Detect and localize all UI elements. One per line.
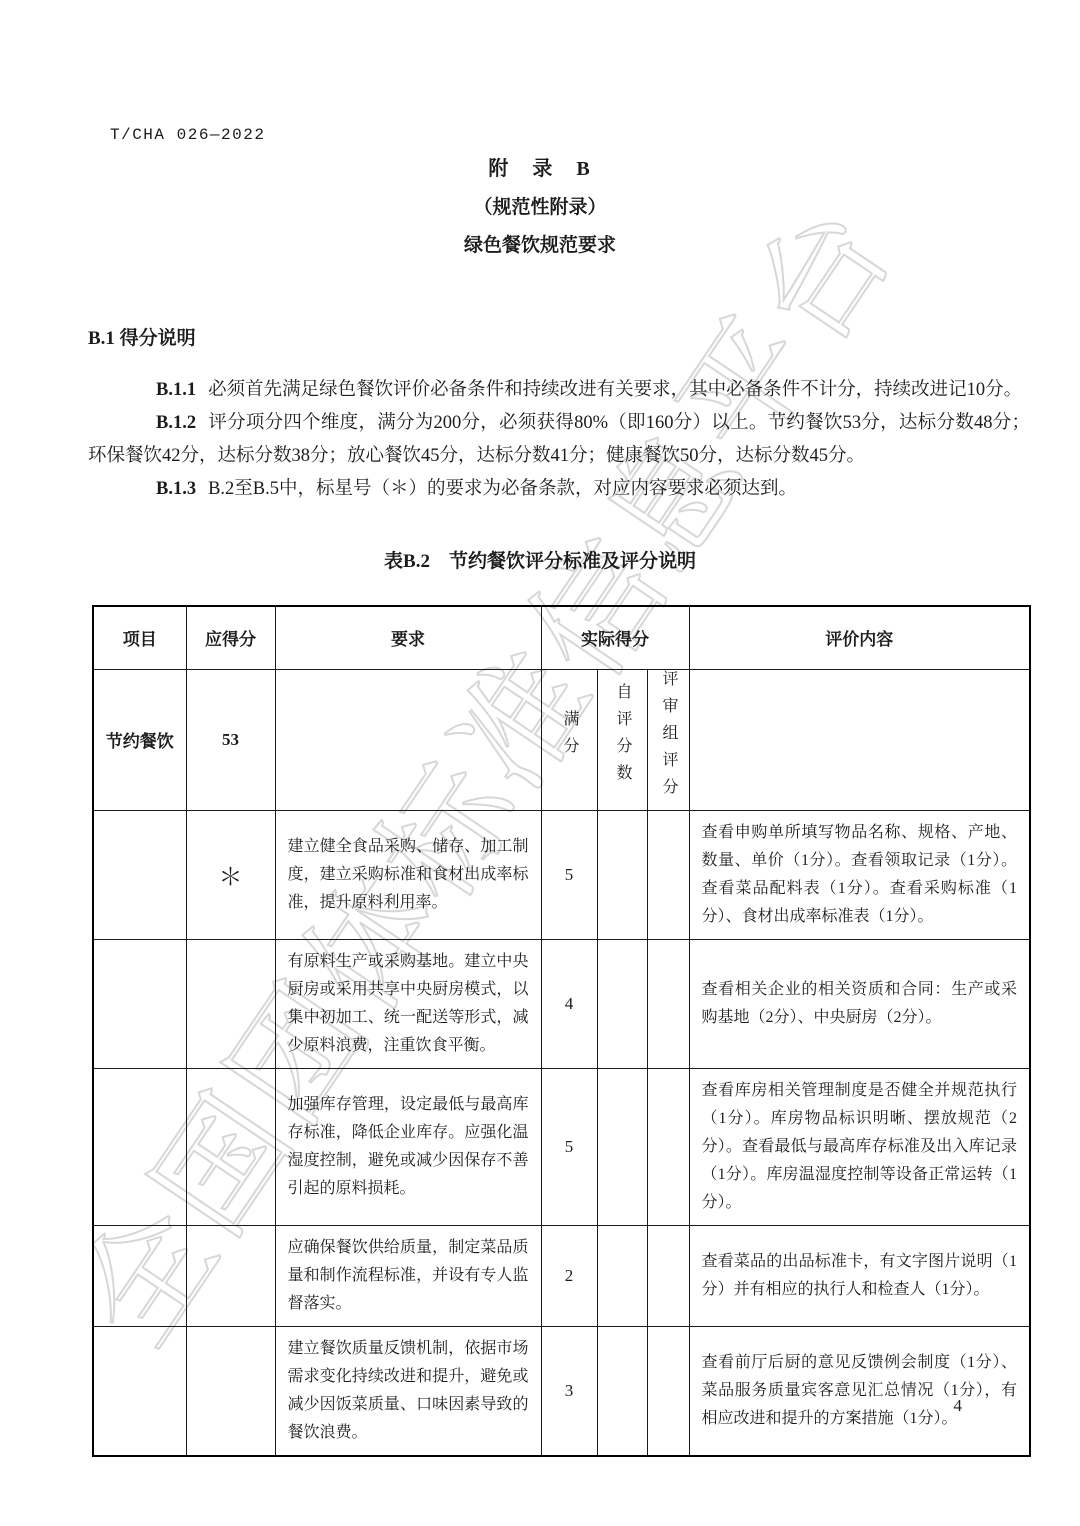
item-cell bbox=[93, 1326, 186, 1456]
self-score-cell bbox=[597, 1326, 647, 1456]
table-row: 加强库存管理，设定最低与最高库存标准，降低企业库存。应强化温湿度控制，避免或减少… bbox=[93, 1068, 1030, 1225]
clause-b1-1: B.1.1必须首先满足绿色餐饮评价必备条件和持续改进有关要求，其中必备条件不计分… bbox=[88, 374, 1030, 407]
table-header-row: 项目 应得分 要求 实际得分 评价内容 bbox=[93, 606, 1030, 669]
requirement-cell: 应确保餐饮供给质量，制定菜品质量和制作流程标准，并设有专人监督落实。 bbox=[275, 1225, 541, 1326]
requirement-cell: 建立餐饮质量反馈机制，依据市场需求变化持续改进和提升，避免或减少因饭菜质量、口味… bbox=[275, 1326, 541, 1456]
panel-score-cell bbox=[647, 1225, 689, 1326]
clause-b1-2: B.1.2评分项分四个维度，满分为200分，必须获得80%（即160分）以上。节… bbox=[88, 407, 1030, 473]
clause-text: B.2至B.5中，标星号（＊）的要求为必备条款，对应内容要求必须达到。 bbox=[208, 479, 797, 499]
appendix-subject: 绿色餐饮规范要求 bbox=[50, 230, 1030, 257]
header-item: 项目 bbox=[93, 606, 186, 669]
item-cell bbox=[93, 1068, 186, 1225]
category-item-cell: 节约餐饮 bbox=[93, 669, 186, 810]
score-table: 项目 应得分 要求 实际得分 评价内容 节约餐饮 53 满分 自评分数 评审组评… bbox=[92, 605, 1031, 1457]
star-cell bbox=[186, 1225, 275, 1326]
full-score-cell: 4 bbox=[541, 939, 597, 1068]
full-score-cell: 5 bbox=[541, 1068, 597, 1225]
document-page: T/CHA 026—2022 附 录 B （规范性附录） 绿色餐饮规范要求 B.… bbox=[0, 0, 1080, 1457]
table-caption: 表B.2 节约餐饮评分标准及评分说明 bbox=[50, 546, 1030, 573]
full-score-label: 满分 bbox=[561, 710, 577, 764]
header-evaluation: 评价内容 bbox=[689, 606, 1030, 669]
self-score-label: 自评分数 bbox=[614, 683, 630, 791]
requirement-cell: 有原料生产或采购基地。建立中央厨房或采用共享中央厨房模式，以集中初加工、统一配送… bbox=[275, 939, 541, 1068]
table-category-row: 节约餐饮 53 满分 自评分数 评审组评分 bbox=[93, 669, 1030, 810]
table-row: 建立餐饮质量反馈机制，依据市场需求变化持续改进和提升，避免或减少因饭菜质量、口味… bbox=[93, 1326, 1030, 1456]
star-cell bbox=[186, 1326, 275, 1456]
doc-number: T/CHA 026—2022 bbox=[110, 126, 1030, 144]
table-row: 应确保餐饮供给质量，制定菜品质量和制作流程标准，并设有专人监督落实。 2 查看菜… bbox=[93, 1225, 1030, 1326]
appendix-type: （规范性附录） bbox=[50, 192, 1030, 219]
evaluation-cell: 查看菜品的出品标准卡，有文字图片说明（1分）并有相应的执行人和检查人（1分）。 bbox=[689, 1225, 1030, 1326]
empty-cell bbox=[275, 669, 541, 810]
full-score-cell: 5 bbox=[541, 810, 597, 939]
full-score-cell: 3 bbox=[541, 1326, 597, 1456]
star-cell bbox=[186, 939, 275, 1068]
requirement-cell: 建立健全食品采购、储存、加工制度，建立采购标准和食材出成率标准，提升原料利用率。 bbox=[275, 810, 541, 939]
full-score-cell: 2 bbox=[541, 1225, 597, 1326]
page-number: 4 bbox=[954, 1396, 963, 1416]
requirement-cell: 加强库存管理，设定最低与最高库存标准，降低企业库存。应强化温湿度控制，避免或减少… bbox=[275, 1068, 541, 1225]
self-score-cell bbox=[597, 1225, 647, 1326]
item-cell bbox=[93, 939, 186, 1068]
evaluation-cell: 查看库房相关管理制度是否健全并规范执行（1分）。库房物品标识明晰、摆放规范（2分… bbox=[689, 1068, 1030, 1225]
evaluation-cell: 查看前厅后厨的意见反馈例会制度（1分）、菜品服务质量宾客意见汇总情况（1分），有… bbox=[689, 1326, 1030, 1456]
table-row: 有原料生产或采购基地。建立中央厨房或采用共享中央厨房模式，以集中初加工、统一配送… bbox=[93, 939, 1030, 1068]
table-row: ＊ 建立健全食品采购、储存、加工制度，建立采购标准和食材出成率标准，提升原料利用… bbox=[93, 810, 1030, 939]
category-score-cell: 53 bbox=[186, 669, 275, 810]
subheader-panel-score: 评审组评分 bbox=[647, 669, 689, 810]
self-score-cell bbox=[597, 939, 647, 1068]
evaluation-cell: 查看相关企业的相关资质和合同：生产或采购基地（2分）、中央厨房（2分）。 bbox=[689, 939, 1030, 1068]
self-score-cell bbox=[597, 810, 647, 939]
panel-score-cell bbox=[647, 1326, 689, 1456]
empty-cell bbox=[689, 669, 1030, 810]
header-actual-score: 实际得分 bbox=[541, 606, 689, 669]
evaluation-cell: 查看申购单所填写物品名称、规格、产地、数量、单价（1分）。查看领取记录（1分）。… bbox=[689, 810, 1030, 939]
panel-score-cell bbox=[647, 1068, 689, 1225]
star-cell: ＊ bbox=[186, 810, 275, 939]
clause-text: 必须首先满足绿色餐饮评价必备条件和持续改进有关要求，其中必备条件不计分，持续改进… bbox=[208, 380, 1022, 400]
item-cell bbox=[93, 1225, 186, 1326]
clause-label: B.1.2 bbox=[156, 413, 196, 433]
star-cell bbox=[186, 1068, 275, 1225]
subheader-self-score: 自评分数 bbox=[597, 669, 647, 810]
panel-score-label: 评审组评分 bbox=[660, 670, 676, 805]
clause-label: B.1.3 bbox=[156, 479, 196, 499]
clause-b1-3: B.1.3B.2至B.5中，标星号（＊）的要求为必备条款，对应内容要求必须达到。 bbox=[88, 473, 1030, 506]
panel-score-cell bbox=[647, 939, 689, 1068]
self-score-cell bbox=[597, 1068, 647, 1225]
appendix-header: 附 录 B （规范性附录） 绿色餐饮规范要求 bbox=[50, 152, 1030, 257]
subheader-full-score: 满分 bbox=[541, 669, 597, 810]
header-due-score: 应得分 bbox=[186, 606, 275, 669]
header-requirement: 要求 bbox=[275, 606, 541, 669]
section-heading: B.1 得分说明 bbox=[88, 323, 1030, 350]
panel-score-cell bbox=[647, 810, 689, 939]
appendix-title: 附 录 B bbox=[50, 152, 1030, 181]
clause-label: B.1.1 bbox=[156, 380, 196, 400]
clause-text: 评分项分四个维度，满分为200分，必须获得80%（即160分）以上。节约餐饮53… bbox=[88, 413, 1030, 466]
item-cell bbox=[93, 810, 186, 939]
